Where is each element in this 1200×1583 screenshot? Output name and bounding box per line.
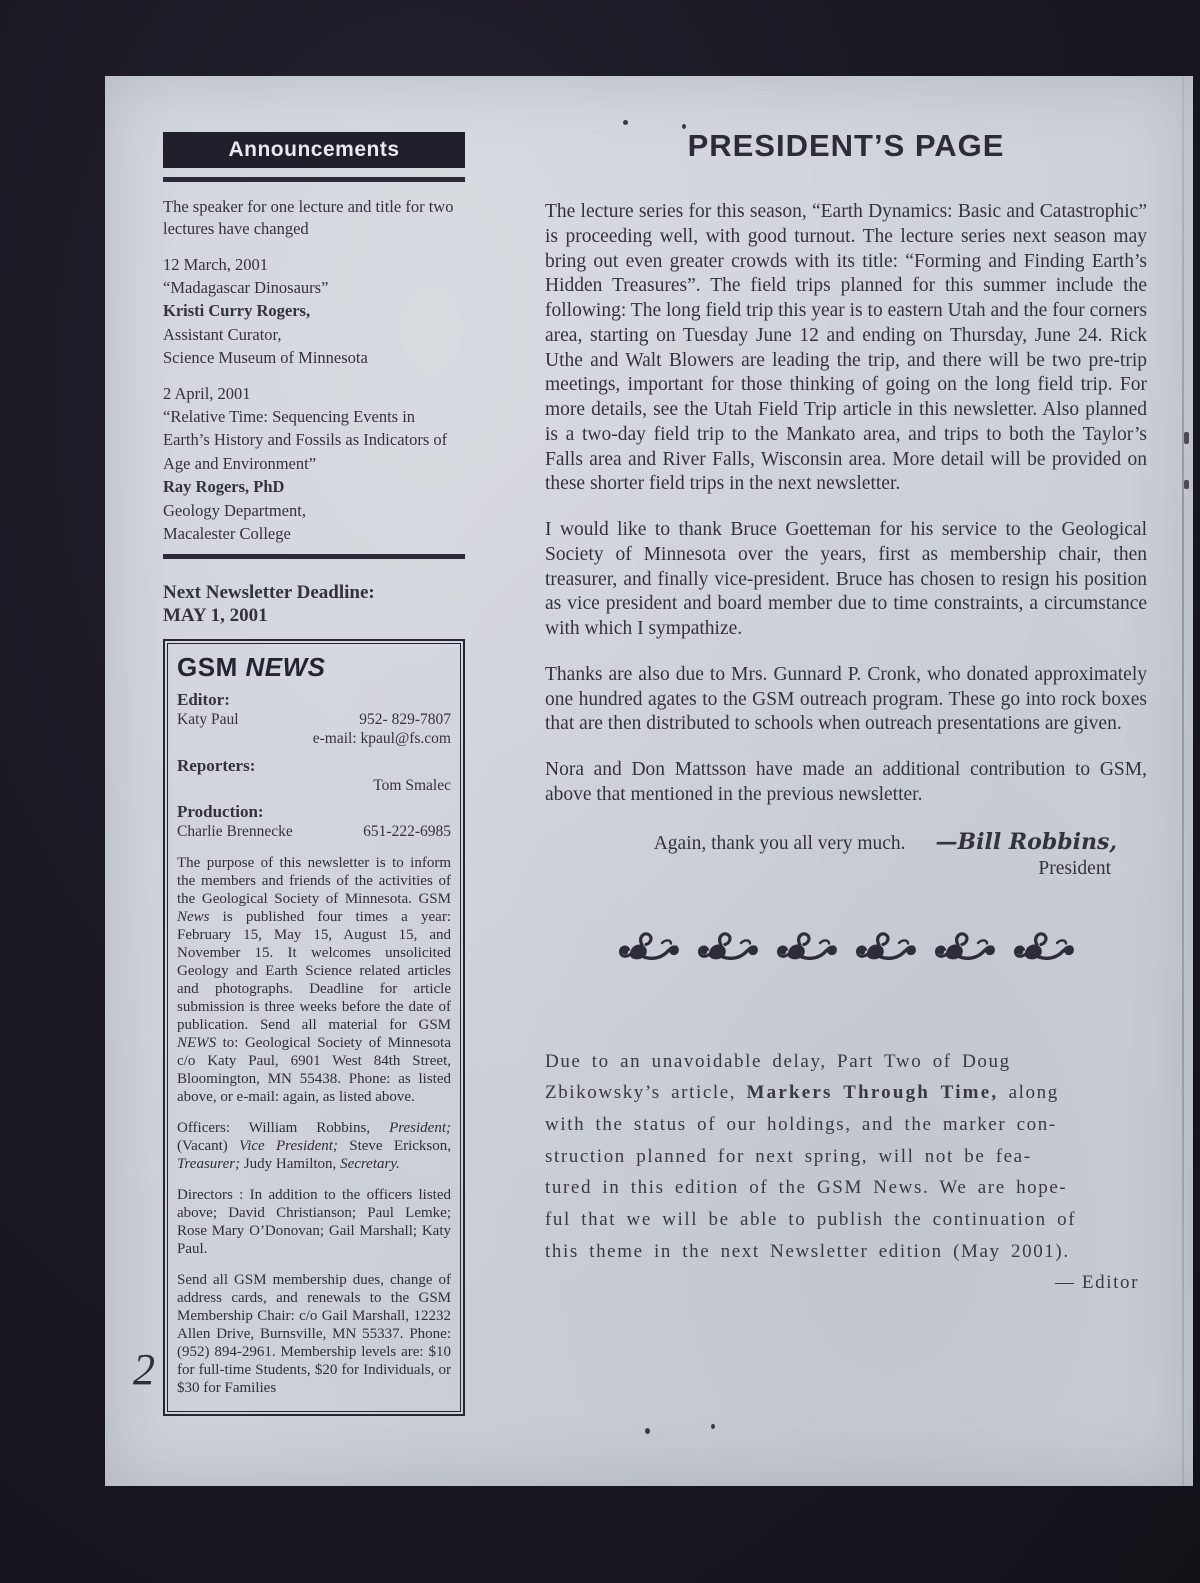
reporter-row: Tom Smalec xyxy=(177,776,451,795)
scan-speck xyxy=(623,120,628,125)
newsletter-page: Announcements The speaker for one lectur… xyxy=(105,76,1193,1486)
body-paragraph: I would like to thank Bruce Goetteman fo… xyxy=(545,518,1147,642)
lecture-2-details: 2 April, 2001 “Relative Time: Sequencing… xyxy=(163,382,465,546)
editor-byline: — Editor xyxy=(545,1272,1147,1294)
reporters-label: Reporters: xyxy=(177,756,451,776)
gsm-news-masthead-inner: GSM NEWS Editor: Katy Paul 952- 829-7807… xyxy=(167,643,461,1413)
fleuron-icon xyxy=(697,930,759,968)
body-paragraph: Thanks are also due to Mrs. Gunnard P. C… xyxy=(545,663,1147,737)
gsm-title-gsm: GSM xyxy=(177,652,238,682)
announcement-intro: The speaker for one lecture and title fo… xyxy=(163,196,465,241)
production-label: Production: xyxy=(177,802,451,822)
fleuron-icon xyxy=(934,930,996,968)
editor-phone: 952- 829-7807 xyxy=(359,710,451,729)
gsm-news-masthead-box: GSM NEWS Editor: Katy Paul 952- 829-7807… xyxy=(163,639,465,1417)
editor-email-row: e-mail: kpaul@fs.com xyxy=(177,729,451,748)
masthead-officers-paragraph: Officers: William Robbins, President; (V… xyxy=(177,1119,451,1173)
scan-speck xyxy=(711,1424,715,1429)
production-name: Charlie Brennecke xyxy=(177,822,293,841)
signature-title: President xyxy=(545,858,1117,880)
masthead-purpose-paragraph: The purpose of this newsletter is to inf… xyxy=(177,854,451,1106)
scan-edge-mark xyxy=(1184,480,1189,489)
scan-edge-mark xyxy=(1184,432,1189,444)
page-fold-line xyxy=(1182,76,1184,1486)
fleuron-icon xyxy=(618,930,680,968)
editor-name: Katy Paul xyxy=(177,710,239,729)
left-column: Announcements The speaker for one lectur… xyxy=(163,132,465,1416)
signature-line: Again, thank you all very much. —Bill Ro… xyxy=(545,829,1117,855)
right-column: PRESIDENT’S PAGE The lecture series for … xyxy=(545,128,1147,1294)
deadline-heading: Next Newsletter Deadline: MAY 1, 2001 xyxy=(163,581,465,627)
fleuron-icon xyxy=(776,930,838,968)
gsm-title-news: NEWS xyxy=(245,652,325,682)
divider-rule xyxy=(163,177,465,182)
fleuron-icon xyxy=(855,930,917,968)
production-row: Charlie Brennecke 651-222-6985 xyxy=(177,822,451,841)
lecture-1-details: 12 March, 2001 “Madagascar Dinosaurs” Kr… xyxy=(163,253,465,370)
scan-speck xyxy=(645,1428,650,1434)
signature-name: —Bill Robbins, xyxy=(936,829,1117,855)
signature-lead-text: Again, thank you all very much. xyxy=(654,833,906,854)
editor-row: Katy Paul 952- 829-7807 xyxy=(177,710,451,729)
divider-rule xyxy=(163,554,465,559)
editor-label: Editor: xyxy=(177,690,451,710)
editor-email: e-mail: kpaul@fs.com xyxy=(313,729,451,748)
page-title: PRESIDENT’S PAGE xyxy=(545,128,1147,164)
editor-note: Due to an unavoidable delay, Part Two of… xyxy=(545,1046,1147,1268)
fleuron-icon xyxy=(1013,930,1075,968)
masthead-membership-paragraph: Send all GSM membership dues, change of … xyxy=(177,1271,451,1397)
reporter-name: Tom Smalec xyxy=(373,776,451,795)
scanner-background: Announcements The speaker for one lectur… xyxy=(0,0,1200,1583)
masthead-directors-paragraph: Directors : In addition to the officers … xyxy=(177,1186,451,1258)
body-paragraph: Nora and Don Mattsson have made an addit… xyxy=(545,758,1147,808)
body-paragraph: The lecture series for this season, “Ear… xyxy=(545,200,1147,497)
announcements-banner: Announcements xyxy=(163,132,465,168)
fleuron-ornament-row xyxy=(545,930,1147,968)
gsm-news-title: GSM NEWS xyxy=(177,652,451,683)
president-signature-block: Again, thank you all very much. —Bill Ro… xyxy=(545,829,1147,880)
page-number: 2 xyxy=(133,1344,155,1395)
production-phone: 651-222-6985 xyxy=(363,822,451,841)
